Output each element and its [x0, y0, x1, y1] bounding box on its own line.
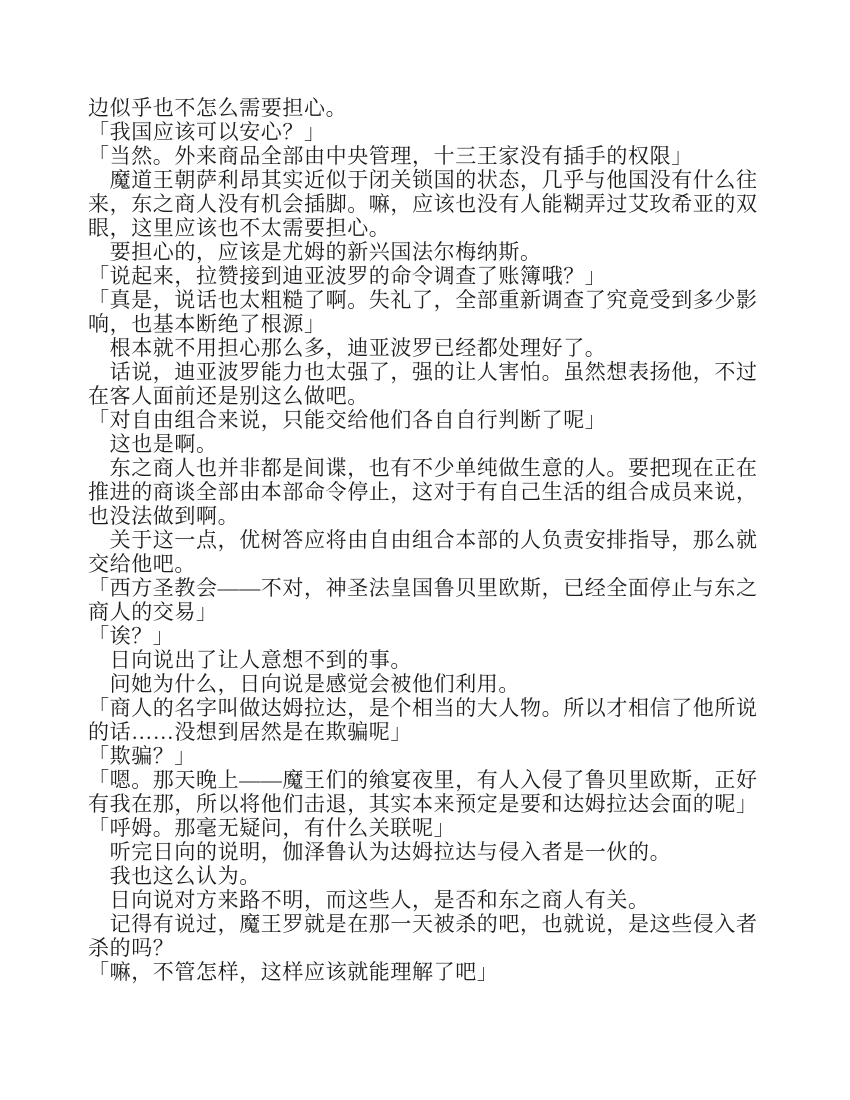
text-line: 「真是，说话也太粗糙了啊。失礼了，全部重新调查了究竟受到多少影 — [88, 288, 788, 312]
text-line: 商人的交易」 — [88, 600, 788, 624]
text-line: 「诶？」 — [88, 624, 788, 648]
text-line: 杀的吗？ — [88, 936, 788, 960]
text-line: 日向说出了让人意想不到的事。 — [88, 648, 788, 672]
text-line: 响，也基本断绝了根源」 — [88, 312, 788, 336]
text-line: 在客人面前还是别这么做吧。 — [88, 384, 788, 408]
text-line: 眼，这里应该也不太需要担心。 — [88, 216, 788, 240]
text-line: 记得有说过，魔王罗就是在那一天被杀的吧，也就说，是这些侵入者 — [88, 912, 788, 936]
text-line: 「当然。外来商品全部由中央管理，十三王家没有插手的权限」 — [88, 144, 788, 168]
text-line: 问她为什么，日向说是感觉会被他们利用。 — [88, 672, 788, 696]
text-line: 有我在那，所以将他们击退，其实本来预定是要和达姆拉达会面的呢」 — [88, 792, 788, 816]
text-line: 我也这么认为。 — [88, 864, 788, 888]
text-line: 来，东之商人没有机会插脚。嘛，应该也没有人能糊弄过艾玫希亚的双 — [88, 192, 788, 216]
text-line: 魔道王朝萨利昂其实近似于闭关锁国的状态，几乎与他国没有什么往 — [88, 168, 788, 192]
text-line: 「欺骗？」 — [88, 744, 788, 768]
text-line: 这也是啊。 — [88, 432, 788, 456]
text-line: 要担心的，应该是尤姆的新兴国法尔梅纳斯。 — [88, 240, 788, 264]
text-line: 「嘛，不管怎样，这样应该就能理解了吧」 — [88, 960, 788, 984]
text-line: 东之商人也并非都是间谍，也有不少单纯做生意的人。要把现在正在 — [88, 456, 788, 480]
text-line: 听完日向的说明，伽泽鲁认为达姆拉达与侵入者是一伙的。 — [88, 840, 788, 864]
text-line: 「商人的名字叫做达姆拉达，是个相当的大人物。所以才相信了他所说 — [88, 696, 788, 720]
text-line: 关于这一点，优树答应将由自由组合本部的人负责安排指导，那么就 — [88, 528, 788, 552]
text-line: 「西方圣教会——不对，神圣法皇国鲁贝里欧斯，已经全面停止与东之 — [88, 576, 788, 600]
text-line: 「对自由组合来说，只能交给他们各自自行判断了呢」 — [88, 408, 788, 432]
text-line: 也没法做到啊。 — [88, 504, 788, 528]
novel-page: 边似乎也不怎么需要担心。「我国应该可以安心？」「当然。外来商品全部由中央管理，十… — [0, 0, 850, 1100]
text-line: 话说，迪亚波罗能力也太强了，强的让人害怕。虽然想表扬他，不过 — [88, 360, 788, 384]
text-line: 「呼姆。那毫无疑问，有什么关联呢」 — [88, 816, 788, 840]
text-line: 推进的商谈全部由本部命令停止，这对于有自己生活的组合成员来说， — [88, 480, 788, 504]
text-line: 根本就不用担心那么多，迪亚波罗已经都处理好了。 — [88, 336, 788, 360]
novel-text-block: 边似乎也不怎么需要担心。「我国应该可以安心？」「当然。外来商品全部由中央管理，十… — [88, 96, 788, 984]
text-line: 「说起来，拉赞接到迪亚波罗的命令调查了账簿哦？」 — [88, 264, 788, 288]
text-line: 交给他吧。 — [88, 552, 788, 576]
text-line: 「我国应该可以安心？」 — [88, 120, 788, 144]
text-line: 的话……没想到居然是在欺骗呢」 — [88, 720, 788, 744]
text-line: 日向说对方来路不明，而这些人，是否和东之商人有关。 — [88, 888, 788, 912]
text-line: 边似乎也不怎么需要担心。 — [88, 96, 788, 120]
text-line: 「嗯。那天晚上——魔王们的飨宴夜里，有人入侵了鲁贝里欧斯，正好 — [88, 768, 788, 792]
